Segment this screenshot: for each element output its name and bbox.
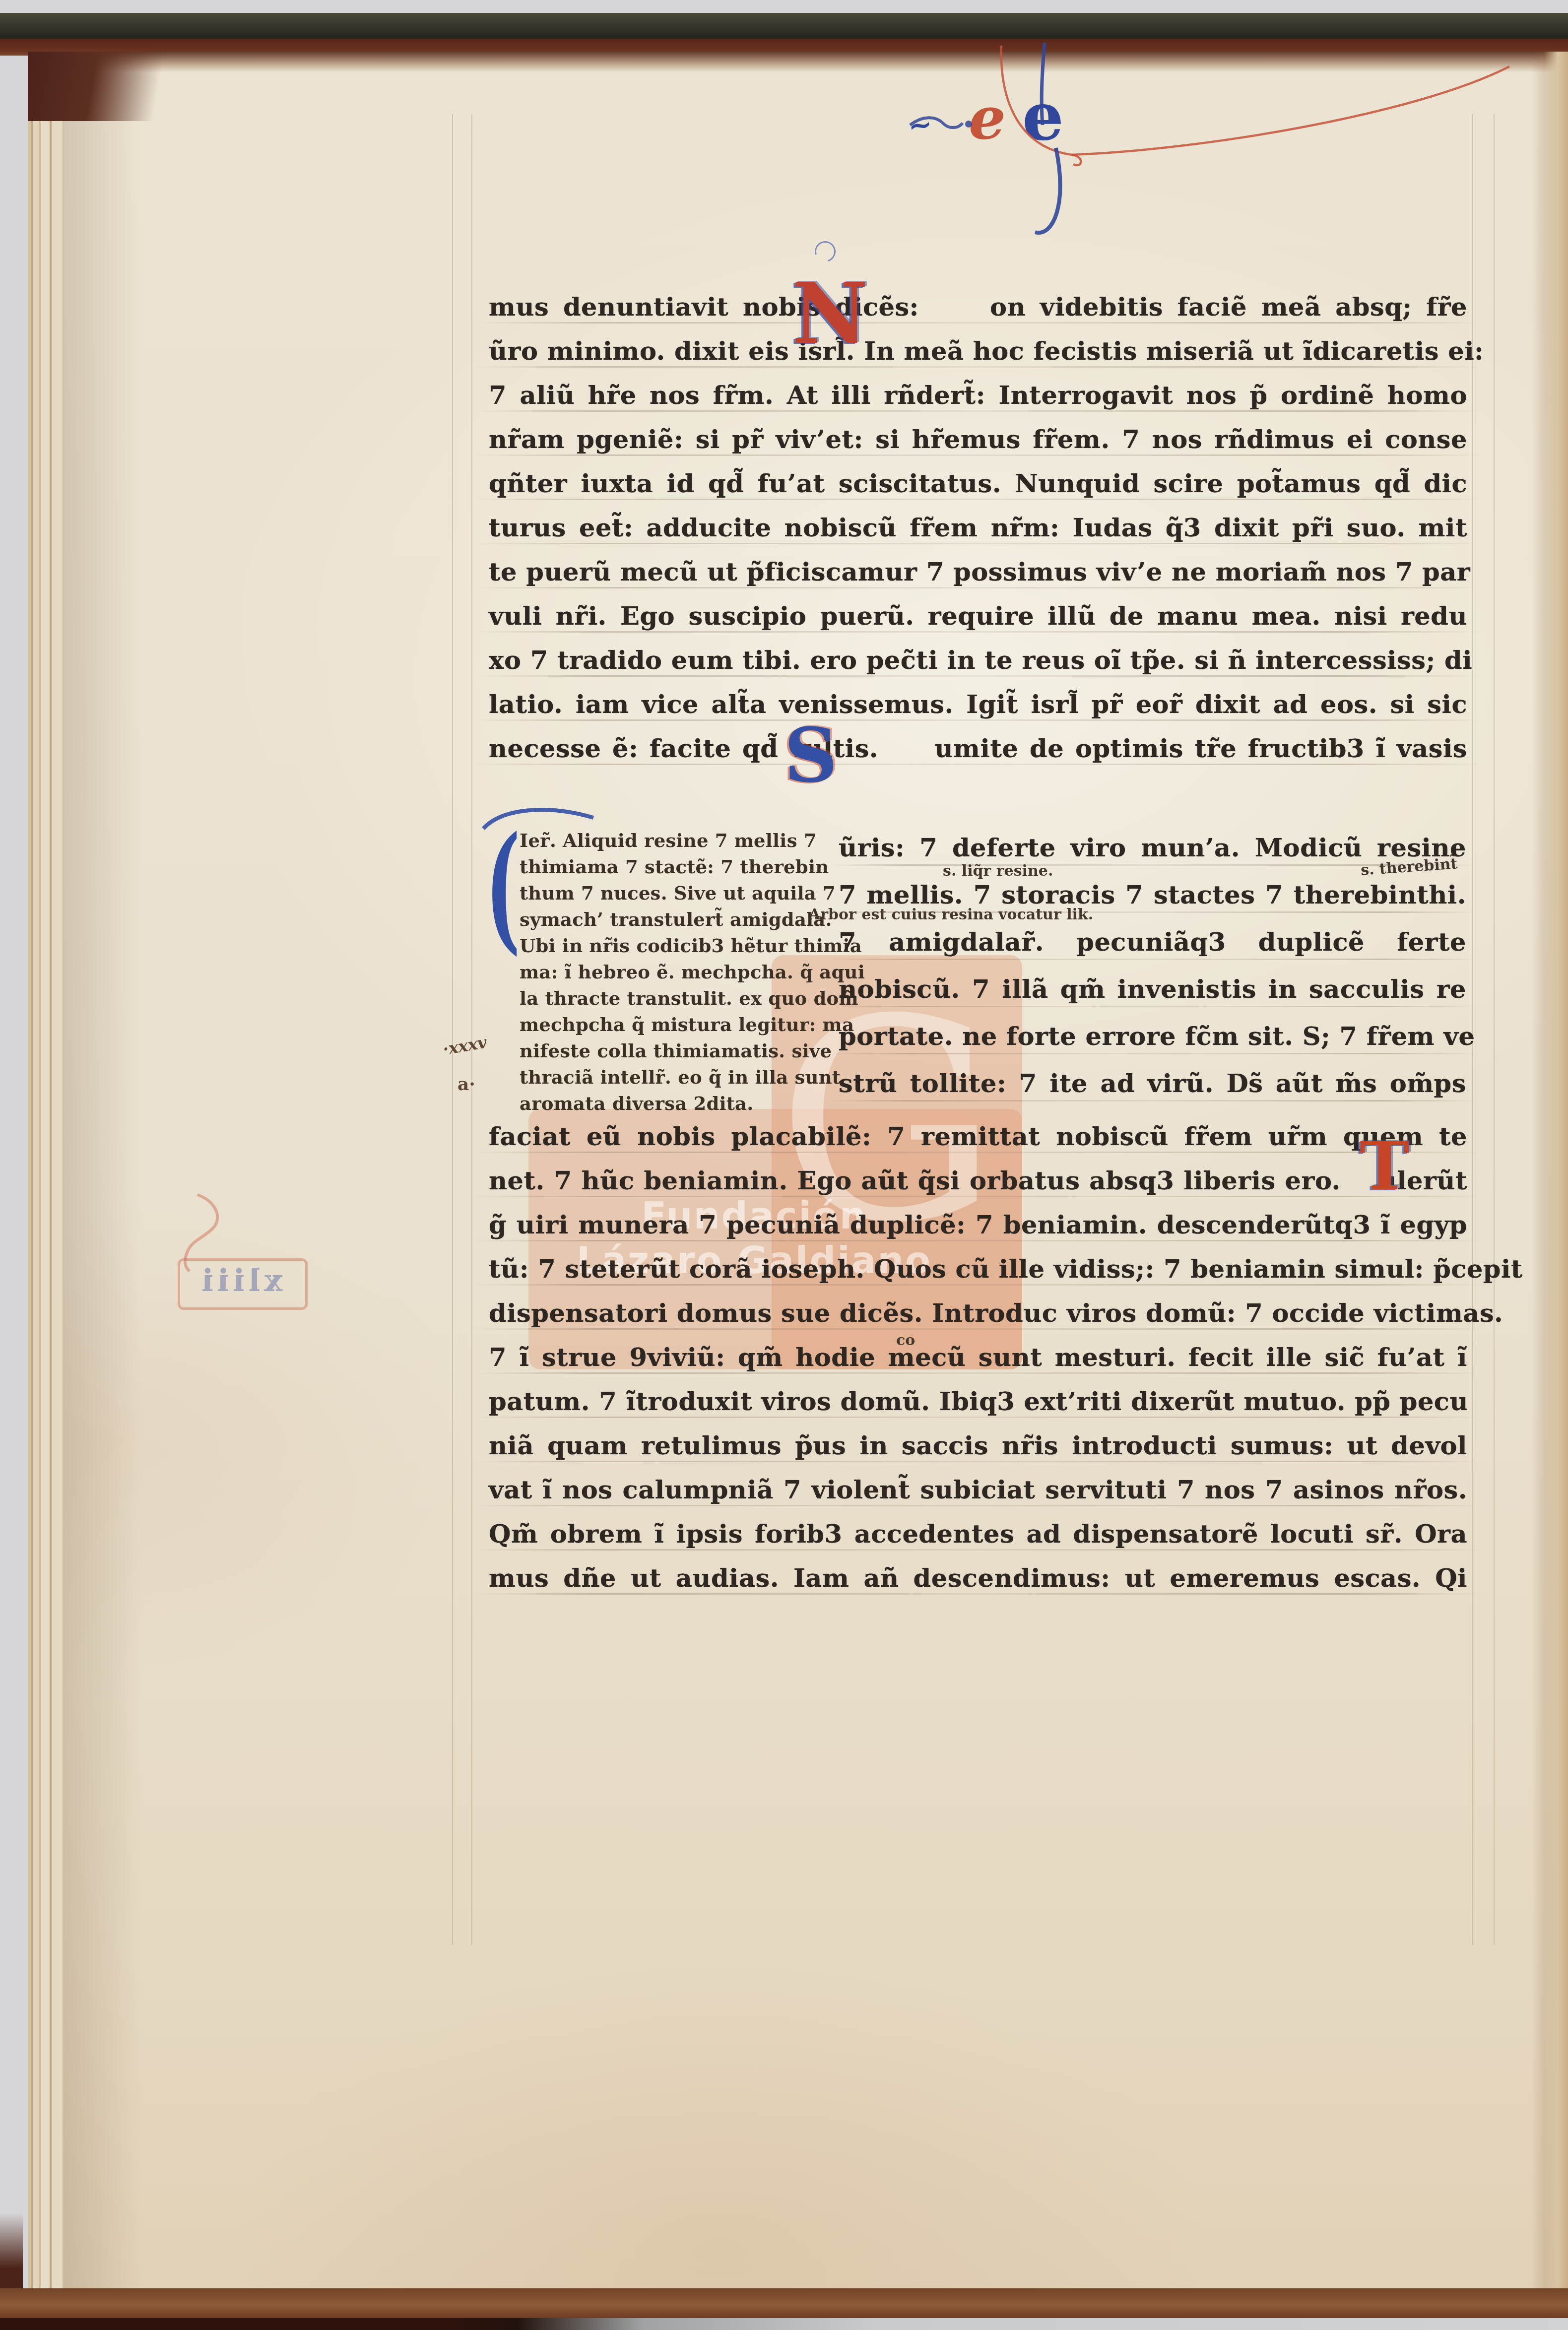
marginal-gloss: Ier̃. Aliquid resine 7 mellis 7 thimiama…: [520, 828, 841, 1117]
text-line: qñter iuxta id qd̃ fu’at sciscitatus. Nu…: [489, 462, 1467, 506]
top-stain: [28, 52, 1568, 72]
showthrough-numeral: xliii: [183, 1262, 298, 1298]
interlinear-gloss: s. liq̃r resine.: [943, 862, 1053, 880]
gutter-page-edges: [28, 52, 64, 2290]
gloss-line: la thracte transtulit. ex quo dom̃’: [520, 985, 841, 1012]
fore-edge: [1531, 52, 1568, 2290]
folio-letter-red: e: [969, 83, 1006, 152]
initial-s-rubricated: S: [784, 718, 838, 793]
cover-corner-top-left: [28, 52, 192, 121]
text-line: ũro minimo. dixit eis isrl̃. In meã hoc …: [489, 329, 1467, 374]
text-line: 7 amigdalar̃. pecuniãq3 duplicẽ ferte: [839, 919, 1466, 966]
ruling-line-right-outer: [1494, 114, 1495, 1945]
cover-corner-bottom-left: [0, 2213, 23, 2292]
text-line: g̃ uiri munera 7 pecuniã duplicẽ: 7 beni…: [489, 1203, 1467, 1247]
book-top-edge: [0, 13, 1568, 40]
text-line: turus eet̃: adducite nobiscũ fr̃em nr̃m:…: [489, 506, 1467, 550]
gloss-line: Ier̃. Aliquid resine 7 mellis 7: [520, 828, 841, 854]
initial-t-rubricated: T: [1360, 1132, 1409, 1199]
ruling-line-left-inner: [471, 114, 472, 1945]
text-line: xo 7 tradido eum tibi. ero pec̃ti in te …: [489, 639, 1467, 683]
gloss-line: ma: ĩ hebreo ẽ. mechpcha. q̃ aqui: [520, 959, 841, 985]
folio-letter-blue: e: [1022, 78, 1064, 155]
gloss-line: Ubi in nr̃is codicib3 hẽtur thimia: [520, 933, 841, 959]
text-line: dispensatori domus sue dicẽs. Introduc v…: [489, 1292, 1467, 1336]
text-line: faciat eũ nobis placabilẽ: 7 remittat no…: [489, 1115, 1467, 1159]
gloss-line: thraciã intellr̃. eo q̃ in illa sunt: [520, 1064, 841, 1091]
text-line: strũ tollite: 7 ite ad virũ. Ds̃ aũt m̃s…: [839, 1060, 1466, 1107]
text-line: tũ: 7 steterũt corã ioseph. Quos cũ ille…: [489, 1247, 1467, 1292]
text-line: Qm̃ obrem ĩ ipsis forib3 accedentes ad d…: [489, 1512, 1467, 1556]
text-line: 7 aliũ hr̃e nos fr̃m. At illi rñdert̃: I…: [489, 374, 1467, 418]
main-text-block: mus denuntiavit nobis dicẽs: on videbiti…: [489, 285, 1467, 1601]
text-line: nobiscũ. 7 illã qm̃ invenistis in saccul…: [839, 966, 1466, 1013]
text-line: vat ĩ nos calumpniã 7 violent̃ subiciat …: [489, 1468, 1467, 1512]
text-line: portate. ne forte errore fc̃m sit. S; 7 …: [839, 1013, 1466, 1060]
interlinear-gloss: co: [896, 1332, 915, 1349]
gutter-shadow: [63, 52, 142, 2290]
text-line: 7 ĩ strue 9viviũ: qm̃ hodie mecũ sunt me…: [489, 1336, 1467, 1380]
text-line: latio. iam vice alt̃a venissemus. Igit̃ …: [489, 683, 1467, 727]
text-line: necesse ẽ: facite qd̃ vultis. umite de o…: [489, 727, 1467, 771]
text-line: mus denuntiavit nobis dicẽs: on videbiti…: [489, 285, 1467, 329]
gloss-line: mechpcha q̃ mistura legitur: ma: [520, 1012, 841, 1038]
manuscript-photo: { "folio_marks": { "squiggle": "~", "red…: [0, 0, 1568, 2330]
initial-n-rubricated: N: [792, 272, 868, 355]
gloss-initial-bracket: (: [485, 819, 521, 957]
table-surface: [0, 2318, 1568, 2330]
lower-text-block: faciat eũ nobis placabilẽ: 7 remittat no…: [489, 1115, 1467, 1601]
gloss-line: nifeste colla thimiamatis. sive: [520, 1038, 841, 1064]
text-line: mus dñe ut audias. Iam añ descendimus: u…: [489, 1556, 1467, 1601]
interlinear-gloss: Arbor est cuius resina vocatur lik.: [809, 906, 1093, 923]
text-line: vuli nr̃i. Ego suscipio puerũ. require i…: [489, 594, 1467, 639]
book-bottom-edge: [0, 2288, 1568, 2319]
text-line: net. 7 hũc beniamin. Ego aũt q̃si orbatu…: [489, 1159, 1467, 1203]
text-line: nr̃am pgeniẽ: si pr̃ viv’et: si hr̃emus …: [489, 418, 1467, 462]
gloss-line: symach’ transtulert̃ amigdala.: [520, 906, 841, 933]
margin-letter: a·: [457, 1074, 475, 1095]
text-line: niã quam retulimus p̃us in saccis nr̃is …: [489, 1424, 1467, 1468]
gloss-line: thimiama 7 stactẽ: 7 therebin: [520, 854, 841, 880]
text-line: patum. 7 ĩtroduxit viros domũ. Ibiq3 ext…: [489, 1380, 1467, 1424]
gloss-line: thum 7 nuces. Sive ut aquila 7: [520, 880, 841, 906]
gloss-line: aromata diversa 2dita.: [520, 1091, 841, 1117]
folio-squiggle: ~: [906, 107, 935, 143]
ruling-line-left-outer: [452, 114, 453, 1945]
text-line: te puerũ mecũ ut p̃ficiscamur 7 possimus…: [489, 550, 1467, 594]
